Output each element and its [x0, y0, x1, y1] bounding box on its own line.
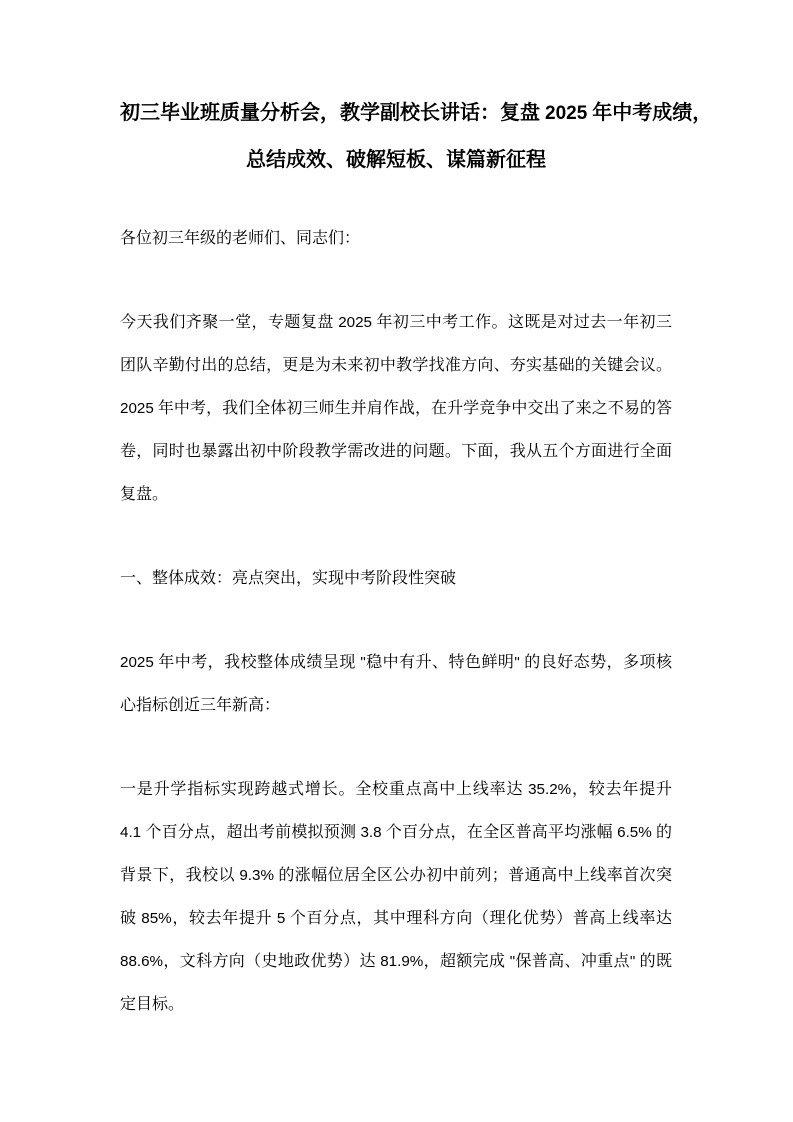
section-heading-1: 一、整体成效：亮点突出，实现中考阶段性突破	[120, 557, 672, 600]
document-title-line-1: 初三毕业班质量分析会，教学副校长讲话：复盘 2025 年中考成绩，	[120, 90, 672, 137]
document-page: 初三毕业班质量分析会，教学副校长讲话：复盘 2025 年中考成绩， 总结成效、破…	[0, 0, 793, 1122]
document-title-line-2: 总结成效、破解短板、谋篇新征程	[120, 137, 672, 183]
paragraph-intro: 今天我们齐聚一堂，专题复盘 2025 年初三中考工作。这既是对过去一年初三团队辛…	[120, 301, 672, 516]
greeting-line: 各位初三年级的老师们、同志们：	[120, 217, 672, 260]
paragraph-overall-results: 2025 年中考，我校整体成绩呈现 "稳中有升、特色鲜明" 的良好态势，多项核心…	[120, 641, 672, 727]
document-title: 初三毕业班质量分析会，教学副校长讲话：复盘 2025 年中考成绩， 总结成效、破…	[120, 90, 672, 183]
paragraph-enrollment-indicators: 一是升学指标实现跨越式增长。全校重点高中上线率达 35.2%，较去年提升 4.1…	[120, 768, 672, 1026]
